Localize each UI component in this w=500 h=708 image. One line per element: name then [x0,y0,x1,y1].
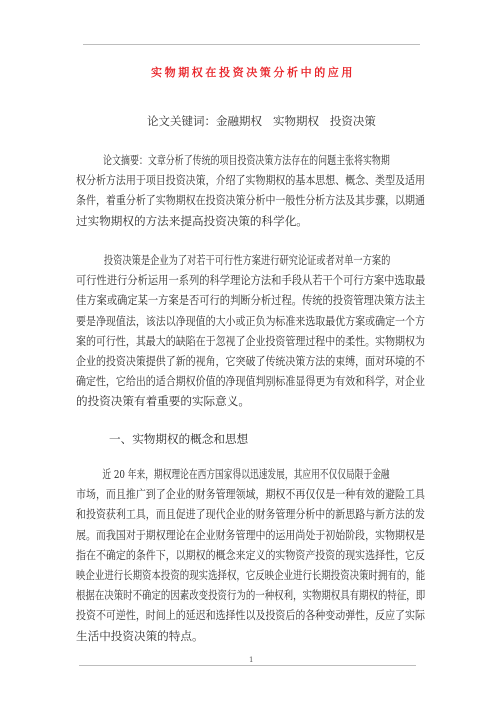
header-divider [83,44,420,45]
section1-line: 根据在决策时不确定的因素改变投资行为的一种权利，实物期权具有期权的特征，即 [76,585,360,605]
abstract-line: 过实物期权的方法来提高投资决策的科学化。 [76,211,425,231]
intro-line: 要是净现值法，该法以净现值的大小或正负为标准来选取最优方案或确定一个方 [76,311,376,331]
abstract-line: 权分析方法用于项目投资决策，介绍了实物期权的基本思想、概念、类型及适用 [76,170,376,190]
abstract-line: 条件，着重分析了实物期权在投资决策分析中一般性分析方法及其步骤，以期通 [76,190,376,210]
section1-line: 近 20 年来，期权理论在西方国家得以迅速发展，其应用不仅仅局限于金融 [76,464,339,484]
section-heading: 一、实物期权的概念和思想 [109,431,248,447]
section1-line: 指在不确定的条件下，以期权的概念来定义的实物资产投资的现实选择性，它反 [76,545,376,565]
abstract-paragraph: 论文摘要：文章分析了传统的项目投资决策方法存在的问题主张将实物期 权分析方法用于… [76,150,425,231]
intro-line: 投资决策是企业为了对若干可行性方案进行研究论证或者对单一方案的 [76,250,354,270]
intro-line: 企业的投资决策提供了新的视角，它突破了传统决策方法的束缚，面对环境的不 [76,351,376,371]
abstract-line: 论文摘要：文章分析了传统的项目投资决策方法存在的问题主张将实物期 [76,150,346,170]
footer-divider [79,665,416,666]
document-page: 实物期权在投资决策分析中的应用 论文关键词：金融期权 实物期权 投资决策 论文摘… [0,0,500,708]
section1-line: 和投资获利工具，而且促进了现代企业的财务管理分析中的新思路与新方法的发 [76,504,376,524]
intro-line: 的投资决策有着重要的实际意义。 [76,391,425,411]
intro-line: 佳方案或确定某一方案是否可行的判断分析过程。传统的投资管理决策方法主 [76,290,385,310]
section1-paragraph: 近 20 年来，期权理论在西方国家得以迅速发展，其应用不仅仅局限于金融 市场，而… [76,464,425,646]
page-number: 1 [249,656,253,664]
intro-paragraph: 投资决策是企业为了对若干可行性方案进行研究论证或者对单一方案的 可行性进行分析运… [76,250,425,412]
keywords-line: 论文关键词：金融期权 实物期权 投资决策 [147,113,376,129]
section1-line: 投资不可逆性，时间上的延迟和选择性以及投资后的各种变动弹性，反应了实际 [76,605,376,625]
section1-line: 映企业进行长期资本投资的现实选择权，它反映企业进行长期投资决策时拥有的，能 [76,565,360,585]
section1-line: 市场，而且推广到了企业的财务管理领域，期权不再仅仅是一种有效的避险工具 [76,484,376,504]
intro-line: 可行性进行分析运用一系列的科学理论方法和手段从若干个可行方案中选取最 [76,270,385,290]
intro-line: 确定性，它给出的适合期权价值的净现值判别标准显得更为有效和科学，对企业 [76,371,376,391]
section1-line: 生活中投资决策的特点。 [76,626,425,646]
document-title: 实物期权在投资决策分析中的应用 [0,64,500,80]
intro-line: 案的可行性，其最大的缺陷在于忽视了企业投资管理过程中的柔性。实物期权为 [76,331,376,351]
section1-line: 展。而我国对于期权理论在企业财务管理中的运用尚处于初始阶段，实物期权是 [76,525,376,545]
